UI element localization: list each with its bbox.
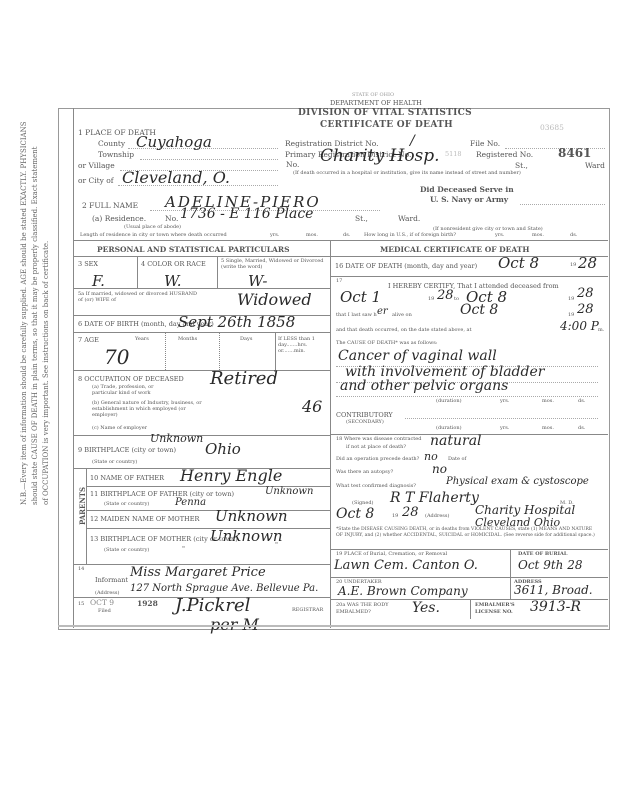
age-months-label: Months (178, 336, 197, 342)
cause-label: The CAUSE OF DEATH* was as follows: (336, 340, 438, 346)
village-label: or Village (78, 161, 115, 170)
alive-on-label: alive on (392, 312, 412, 318)
father-birthplace-state: Penna (175, 497, 206, 508)
contracted-label-2: if not at place of death? (346, 444, 406, 450)
father-birthplace-label: 11 BIRTHPLACE OF FATHER (city or town) (90, 490, 234, 498)
years-months-divider (165, 332, 166, 370)
burial-date-divider (510, 549, 511, 577)
rule-13 (86, 528, 330, 529)
birthplace-label: 9 BIRTHPLACE (city or town) (78, 446, 176, 454)
county-value: Cuyahoga (136, 133, 212, 151)
foreign-ds: ds. (570, 232, 577, 238)
undertaker-address-value: 3611, Broad. (514, 583, 593, 597)
age-value: 70 (104, 345, 129, 369)
department-label: DEPARTMENT OF HEALTH (330, 99, 422, 107)
informant-address-label: (Address) (95, 590, 119, 596)
medical-title-rule (330, 256, 608, 257)
full-name-label: 2 FULL NAME (82, 201, 138, 210)
hospital-no-label: No. (286, 160, 299, 169)
contracted-label-1: 18 Where was disease contracted (336, 436, 421, 442)
filed-year: 1928 (137, 599, 158, 608)
father-birthplace-city: Unknown (265, 486, 313, 497)
contributory-mos: mos. (542, 425, 554, 431)
last-saw-year: 28 (577, 302, 594, 317)
rule-20 (330, 577, 608, 578)
item-17-number: 17 (336, 278, 342, 284)
foreign-mos: mos. (532, 232, 544, 238)
operation-date-label: Date of (448, 456, 466, 462)
residence-ds: ds. (343, 232, 350, 238)
residence-label: (a) Residence. (92, 214, 146, 223)
navy-label-2: U. S. Navy or Army (430, 195, 508, 204)
contributory-label: CONTRIBUTORY (336, 411, 393, 419)
autopsy-label: Was there an autopsy? (336, 469, 393, 475)
foreign-yrs: yrs. (495, 232, 504, 238)
birthplace-city-value: Unknown (150, 432, 203, 445)
parents-rule (86, 468, 87, 564)
last-saw-date: Oct 8 (460, 302, 498, 318)
side-note-line-2: should state CAUSE OF DEATH in plain ter… (31, 147, 39, 505)
ward-label: Ward (585, 161, 605, 170)
rule-7 (73, 332, 330, 333)
father-state-label: (State or country) (104, 501, 149, 507)
last-saw-label: that I last saw h (336, 312, 377, 318)
informant-address: 127 North Sprague Ave. Bellevue Pa. (130, 583, 318, 594)
race-label: 4 COLOR OR RACE (141, 260, 206, 268)
death-occurred-label: and that death occurred, on the date sta… (336, 327, 472, 333)
county-label: County (98, 139, 125, 148)
rule-19 (330, 549, 608, 550)
occupation-code: 46 (302, 397, 322, 416)
father-label: 10 NAME OF FATHER (90, 474, 164, 482)
certificate-title: CERTIFICATE OF DEATH (320, 120, 453, 130)
physician-address-label: (Address) (425, 513, 449, 519)
rule-12 (86, 510, 330, 511)
residence-yrs: yrs. (270, 232, 279, 238)
occupation-c-label: (c) Name of employer (92, 425, 147, 431)
test-value: Physical exam & cystoscope (446, 476, 589, 487)
side-note-line-1: N.B.—Every item of information should be… (20, 121, 28, 505)
license-value: 3913-R (530, 599, 581, 615)
cause-footnote: *State the DISEASE CAUSING DEATH, or in … (336, 527, 596, 539)
undertaker-value: A.E. Brown Company (338, 584, 468, 598)
occupation-label: 8 OCCUPATION OF DECEASED (78, 375, 184, 383)
hospital-value: Charity Hosp. (320, 146, 440, 166)
race-marital-divider (217, 256, 218, 288)
navy-line (520, 204, 605, 205)
filed-number: 15 (78, 601, 84, 607)
dod-year-prefix: 19 (570, 262, 576, 268)
to-year-prefix: 19 (568, 296, 574, 302)
registrar-signature: J.Pickrel (175, 595, 250, 616)
city-label: or City of (78, 176, 114, 185)
spouse-value: Widowed (237, 290, 312, 309)
burial-place-value: Lawn Cem. Canton O. (334, 558, 478, 573)
duration-yrs: yrs. (500, 398, 509, 404)
days-less-divider (275, 332, 276, 370)
from-year-prefix: 19 (428, 296, 434, 302)
duration-ds: ds. (578, 398, 585, 404)
bottom-rule (58, 625, 608, 627)
sex-label: 3 SEX (78, 260, 98, 268)
division-title: DIVISION OF VITAL STATISTICS (298, 108, 472, 118)
rule-5a (73, 288, 330, 289)
to-label: to (454, 296, 459, 302)
registrar-label: REGISTRAR (292, 607, 323, 613)
sign-year: 28 (402, 505, 419, 520)
mother-state-label: (State or country) (104, 547, 149, 553)
physician-address-1: Charity Hospital (475, 503, 575, 517)
personal-title-rule (73, 256, 330, 257)
residence-value: 1736 - E 116 Place (180, 206, 313, 222)
burial-date-value: Oct 9th 28 (518, 558, 582, 572)
personal-section-title: PERSONAL AND STATISTICAL PARTICULARS (97, 245, 290, 254)
medical-section-title: MEDICAL CERTIFICATE OF DEATH (380, 245, 529, 254)
burial-date-label: DATE OF BURIAL (518, 551, 567, 557)
birthplace-state-value: Ohio (205, 440, 241, 458)
secondary-label: (SECONDARY) (346, 419, 384, 425)
contributory-ds: ds. (578, 425, 585, 431)
autopsy-value: no (432, 462, 447, 476)
registered-no-value: 8461 (558, 146, 591, 160)
duration-label: (duration) (436, 398, 462, 404)
informant-label: Informant (95, 576, 128, 584)
state-label: STATE OF OHIO (352, 92, 394, 98)
months-days-divider (219, 332, 220, 370)
file-no-label: File No. (470, 139, 500, 148)
informant-number: 14 (78, 566, 84, 572)
license-label: EMBALMER'S LICENSE NO. (475, 602, 525, 616)
operation-label: Did an operation precede death? (336, 456, 419, 462)
dod-value: Oct 8 (498, 254, 539, 272)
from-year: 28 (437, 288, 454, 303)
township-label: Township (98, 150, 134, 159)
father-value: Henry Engle (180, 466, 282, 485)
registered-no-label: Registered No. (476, 150, 533, 159)
contributory-yrs: yrs. (500, 425, 509, 431)
death-time: 4:00 P (560, 319, 599, 333)
occupation-value: Retired (210, 368, 278, 389)
dod-year: 28 (578, 254, 597, 272)
undertaker-address-divider (510, 577, 511, 599)
navy-label-1: Did Deceased Serve in (420, 185, 514, 194)
sign-year-prefix: 19 (392, 513, 398, 519)
occupation-a-label: (a) Trade, profession, or particular kin… (92, 384, 177, 396)
death-time-m: m. (598, 327, 604, 333)
township-line (140, 159, 278, 160)
ditto-mark-2: " (275, 541, 278, 549)
cause-line-1: Cancer of vaginal wall (338, 348, 497, 364)
to-year: 28 (577, 286, 594, 301)
age-days-label: Days (240, 336, 252, 342)
sign-date: Oct 8 (336, 506, 374, 522)
dod-label: 16 DATE OF DEATH (month, day and year) (335, 262, 477, 270)
usual-abode-label: (Usual place of abode) (124, 224, 181, 230)
burial-place-label: 19 PLACE of Burial, Cremation, or Remova… (336, 551, 447, 557)
street-label: St., (515, 161, 528, 170)
sex-race-divider (137, 256, 138, 288)
contributory-line (405, 418, 598, 419)
residence-street-label: St., (355, 214, 368, 223)
less-than-day-label: If LESS than 1 day.......hrs. or.......m… (278, 336, 328, 354)
file-stamp: 03685 (540, 123, 564, 132)
mother-value: Unknown (215, 507, 288, 525)
embalmed-label: 20a WAS THE BODY EMBALMED? (336, 602, 396, 616)
dob-value: Sept 26th 1858 (178, 313, 295, 331)
age-label: 7 AGE (78, 336, 99, 344)
section-divider (73, 240, 608, 241)
contributory-duration-label: (duration) (436, 425, 462, 431)
contracted-value: natural (430, 433, 482, 449)
embalmed-value: Yes. (412, 600, 440, 616)
occupation-b-label: (b) General nature of Industry, business… (92, 400, 202, 418)
birthplace-state-label: (State or country) (92, 459, 137, 465)
marital-label: 5 Single, Married, Widowed or Divorced (… (221, 258, 327, 270)
residence-no-label: No. (165, 214, 178, 223)
mother-birthplace-value: Unknown (210, 527, 283, 545)
foreign-birth-label: How long in U.S., if of foreign birth? (364, 232, 456, 238)
filed-date: OCT 9 (90, 598, 114, 607)
informant-name: Miss Margaret Price (130, 565, 266, 580)
test-label: What test confirmed diagnosis? (336, 483, 416, 489)
mother-label: 12 MAIDEN NAME OF MOTHER (90, 515, 199, 523)
attended-from: Oct 1 (340, 288, 381, 306)
length-of-residence-label: Length of residence in city or town wher… (80, 232, 227, 238)
side-note-line-3: of OCCUPATION is very important. See ins… (42, 241, 50, 505)
city-value: Cleveland, O. (122, 168, 230, 187)
cause-line-3: and other pelvic organs (340, 378, 508, 394)
death-certificate-page: N.B.—Every item of information should be… (0, 0, 624, 800)
duration-mos: mos. (542, 398, 554, 404)
license-divider (470, 599, 471, 619)
physician-signature: R T Flaherty (390, 490, 479, 506)
hospital-note: (If death occurred in a hospital or inst… (293, 170, 521, 176)
inner-left-rule (73, 108, 74, 628)
spouse-label: 5a If married, widowed or divorced HUSBA… (78, 291, 198, 303)
primary-registration-value: 5118 (445, 150, 462, 158)
rule-17 (330, 276, 608, 277)
residence-mos: mos. (306, 232, 318, 238)
last-saw-pronoun: er (377, 306, 388, 317)
last-saw-year-prefix: 19 (568, 312, 574, 318)
cause-line-3-rule (336, 396, 598, 397)
filed-label: Filed (98, 608, 111, 614)
rule-8 (73, 370, 330, 371)
residence-ward-label: Ward. (398, 214, 420, 223)
ditto-mark-1: " (182, 545, 185, 553)
age-years-label: Years (135, 336, 149, 342)
